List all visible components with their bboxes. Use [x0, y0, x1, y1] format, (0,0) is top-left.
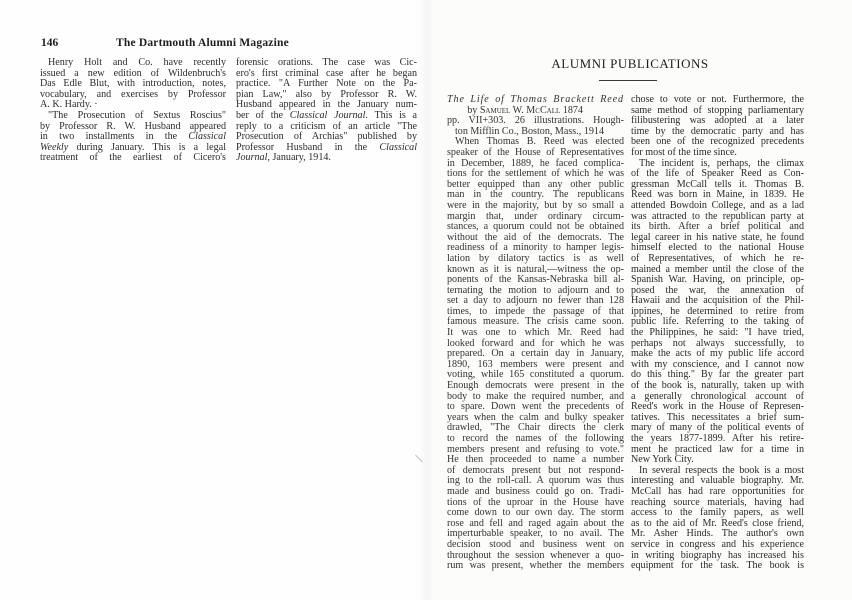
text-line: decision stood and business went on	[447, 540, 624, 551]
page-gutter	[418, 0, 434, 600]
text-line: "The Prosecution of Sextus Roscius"	[40, 111, 226, 122]
text-line: attended Bowdoin College, and as a lad	[631, 201, 804, 212]
right-column-1: The Life of Thomas Brackett Reed by Samu…	[447, 95, 624, 572]
text-line: McCall has had rare opportunities for	[631, 487, 804, 498]
text-line: lation by dilatory tactics is as well	[447, 254, 624, 265]
text-line: speaker of the House of Representatives	[447, 148, 624, 159]
text-line: equipment for the task. The book is	[631, 561, 804, 572]
text-line: service in congress and his experience	[631, 540, 804, 551]
text-line: were in the majority, but by so small a	[447, 201, 624, 212]
magazine-title: The Dartmouth Alumni Magazine	[116, 37, 289, 49]
text-line: chose to vote or not. Furthermore, the	[631, 95, 804, 106]
left-column-1: Henry Holt and Co. have recentlyissued a…	[40, 58, 226, 164]
text-line: made and business could go on. Tradi-	[447, 487, 624, 498]
text-line: the years 1877-1899. After his retire-	[631, 434, 804, 445]
text-line: Henry Holt and Co. have recently	[40, 58, 226, 69]
section-title: ALUMNI PUBLICATIONS	[530, 56, 730, 72]
page-number: 146	[41, 37, 58, 49]
right-column-2: chose to vote or not. Furthermore, thesa…	[631, 95, 804, 572]
text-line: to record the names of the following	[447, 434, 624, 445]
title-rule	[599, 80, 657, 81]
text-line: treatment of the earliest of Cicero's	[40, 153, 226, 164]
text-line: Journal, January, 1914.	[236, 153, 417, 164]
text-line: ber of the Classical Journal. This is a	[236, 111, 417, 122]
text-line: forensic orations. The case was Cic-	[236, 58, 417, 69]
text-line: of Representatives, of which he re-	[631, 254, 804, 265]
text-line: rum was present, whether the members	[447, 561, 624, 572]
text-line: for most of the time since.	[631, 148, 804, 159]
left-column-2: forensic orations. The case was Cic-ero'…	[236, 58, 417, 164]
